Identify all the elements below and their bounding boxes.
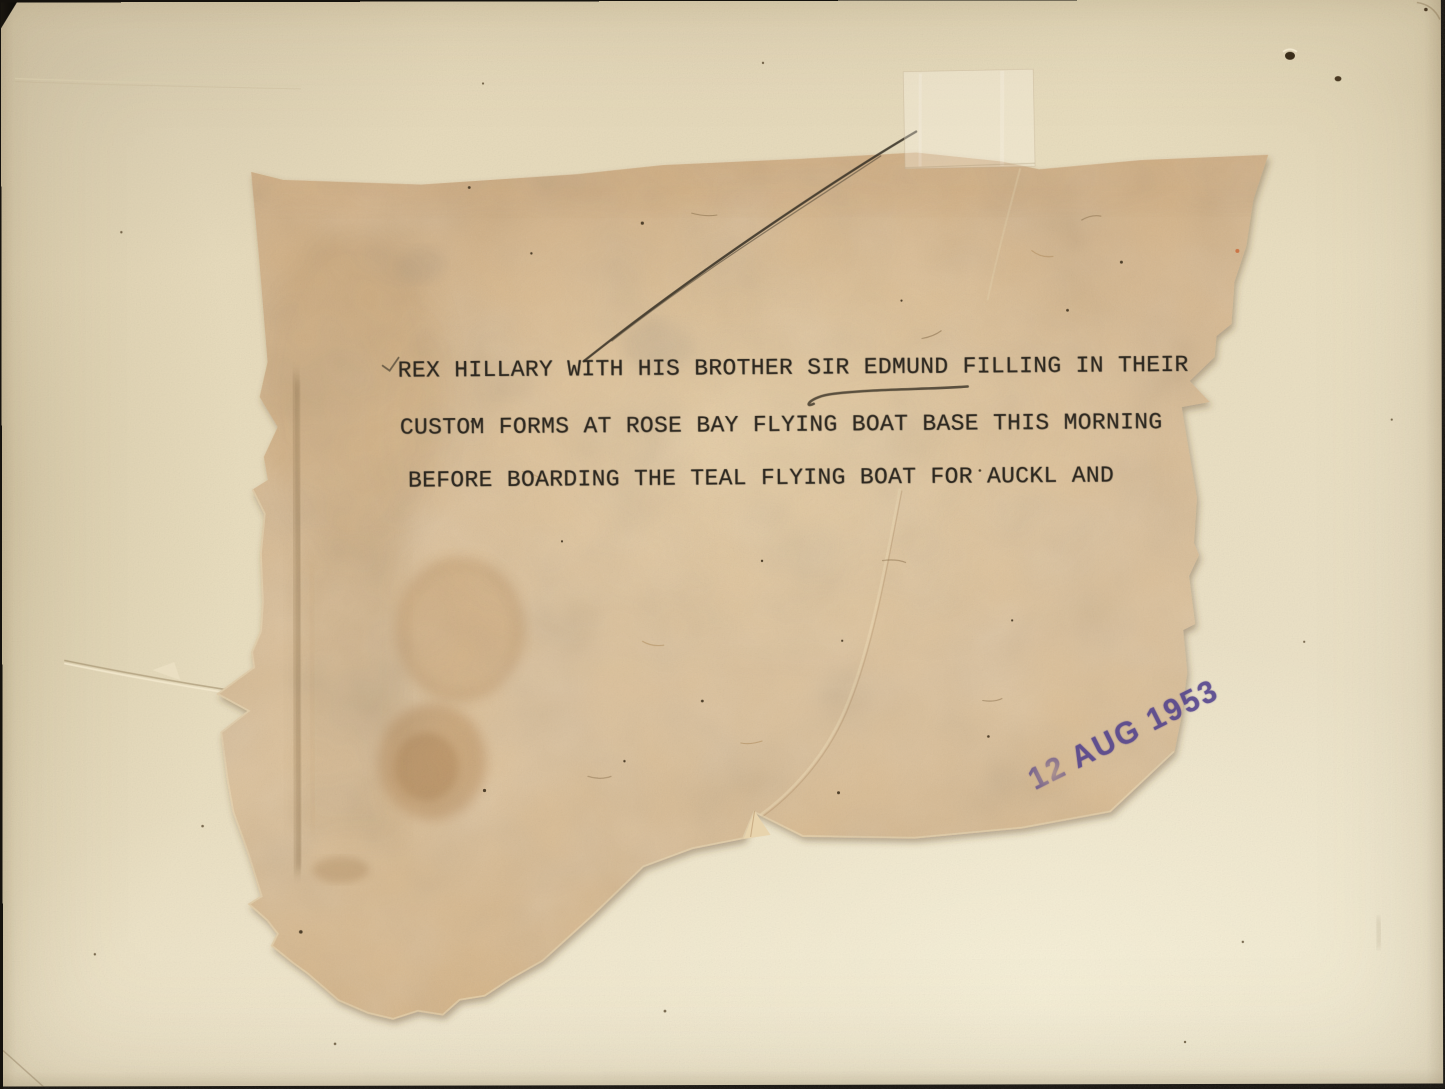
- caption-line-1: REX HILLARY WITH HIS BROTHER SIR EDMUND …: [398, 350, 1189, 386]
- photo-paper-back: REX HILLARY WITH HIS BROTHER SIR EDMUND …: [1, 0, 1443, 1087]
- caption-line-3: BEFORE BOARDING THE TEAL FLYING BOAT FOR…: [408, 460, 1114, 495]
- scan-artwork-layer: [1, 0, 1445, 1089]
- photo-verso-scan: REX HILLARY WITH HIS BROTHER SIR EDMUND …: [0, 0, 1445, 1089]
- tape-strip: [903, 69, 1035, 169]
- caption-line-2: CUSTOM FORMS AT ROSE BAY FLYING BOAT BAS…: [400, 407, 1163, 443]
- orange-fleck: [1235, 249, 1239, 253]
